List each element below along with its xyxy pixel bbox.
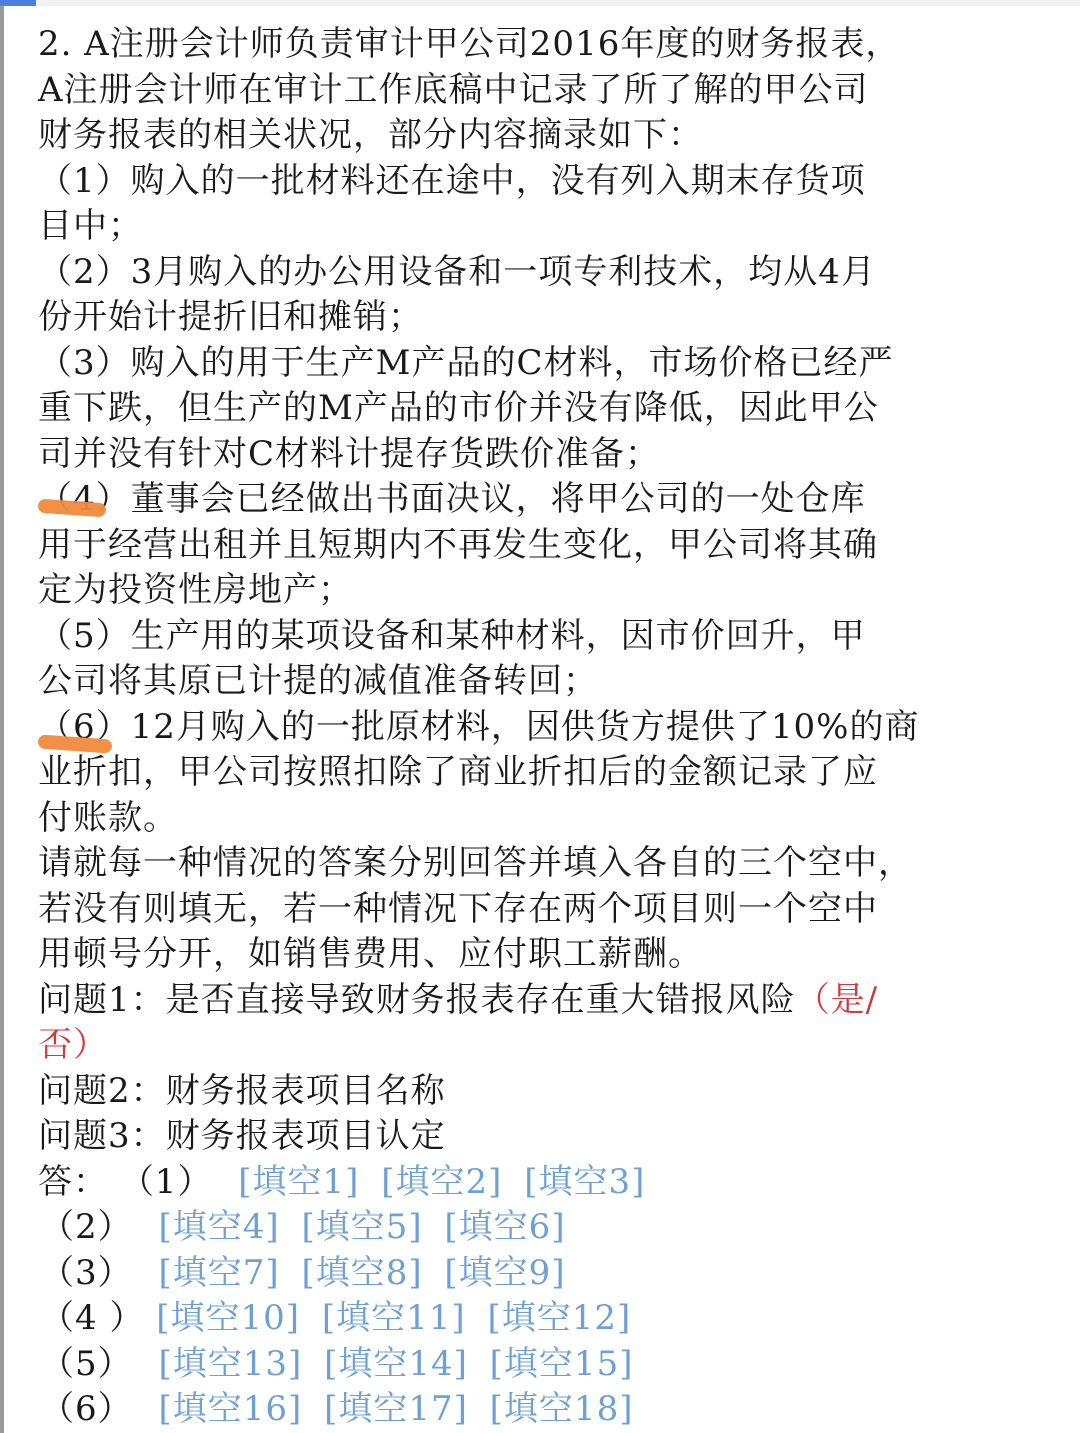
case-1-line: （1）购入的一批材料还在途中，没有列入期末存货项 <box>38 159 1058 205</box>
blank-17[interactable]: [填空17] <box>324 1389 468 1429</box>
question-content: 2. A注册会计师负责审计甲公司2016年度的财务报表， A注册会计师在审计工作… <box>38 22 1058 1433</box>
question-line: 财务报表的相关状况，部分内容摘录如下： <box>38 113 1058 159</box>
instruction-line: 请就每一种情况的答案分别回答并填入各自的三个空中， <box>38 841 1058 887</box>
answer-row-4: （4 ） [填空10] [填空11] [填空12] <box>38 1296 1058 1342</box>
answer-row-number: （1） <box>120 1162 213 1202</box>
blank-4[interactable]: [填空4] <box>158 1207 279 1247</box>
case-6-line: （6）12月购入的一批原材料，因供货方提供了10%的商 <box>38 705 1058 751</box>
blank-6[interactable]: [填空6] <box>444 1207 565 1247</box>
blank-3[interactable]: [填空3] <box>524 1162 645 1202</box>
blank-11[interactable]: [填空11] <box>322 1298 466 1338</box>
blank-14[interactable]: [填空14] <box>324 1344 468 1384</box>
active-tab-indicator <box>0 0 36 6</box>
case-6-line: 付账款。 <box>38 796 1058 842</box>
top-bar <box>0 0 1080 6</box>
instruction-line: 用顿号分开，如销售费用、应付职工薪酬。 <box>38 932 1058 978</box>
question-2: 问题2：财务报表项目名称 <box>38 1069 1058 1115</box>
blank-7[interactable]: [填空7] <box>158 1253 279 1293</box>
answer-row-number: （4 ） <box>40 1298 144 1338</box>
question-line: A注册会计师在审计工作底稿中记录了所了解的甲公司 <box>38 68 1058 114</box>
case-3-line: 重下跌，但生产的M产品的市价并没有降低，因此甲公 <box>38 386 1058 432</box>
case-2-line: （2）3月购入的办公用设备和一项专利技术，均从4月 <box>38 250 1058 296</box>
blank-13[interactable]: [填空13] <box>158 1344 302 1384</box>
case-3-line: （3）购入的用于生产M产品的C材料，市场价格已经严 <box>38 341 1058 387</box>
answer-row-number: （6） <box>40 1389 133 1429</box>
question-1: 问题1：是否直接导致财务报表存在重大错报风险（是/ <box>38 978 1058 1024</box>
case-5-line: 公司将其原已计提的减值准备转回； <box>38 659 1058 705</box>
case-6-text: （6）12月购入的一批原材料，因供货方提供了10%的商 <box>38 707 919 747</box>
blank-9[interactable]: [填空9] <box>444 1253 565 1293</box>
answer-row-number: （2） <box>40 1207 133 1247</box>
blank-2[interactable]: [填空2] <box>381 1162 502 1202</box>
case-4-line: 用于经营出租并且短期内不再发生变化，甲公司将其确 <box>38 523 1058 569</box>
blank-1[interactable]: [填空1] <box>238 1162 359 1202</box>
blank-15[interactable]: [填空15] <box>490 1344 634 1384</box>
blank-8[interactable]: [填空8] <box>301 1253 422 1293</box>
answer-row-3: （3） [填空7] [填空8] [填空9] <box>38 1251 1058 1297</box>
answer-row-1: 答： （1） [填空1] [填空2] [填空3] <box>38 1160 1058 1206</box>
case-4-text: （4）董事会已经做出书面决议，将甲公司的一处仓库 <box>38 479 866 519</box>
left-border <box>0 6 4 1433</box>
case-2-line: 份开始计提折旧和摊销； <box>38 295 1058 341</box>
case-6-line: 业折扣，甲公司按照扣除了商业折扣后的金额记录了应 <box>38 750 1058 796</box>
answer-row-6: （6） [填空16] [填空17] [填空18] <box>38 1387 1058 1433</box>
blank-16[interactable]: [填空16] <box>158 1389 302 1429</box>
case-5-line: （5）生产用的某项设备和某种材料，因市价回升，甲 <box>38 614 1058 660</box>
answer-row-5: （5） [填空13] [填空14] [填空15] <box>38 1342 1058 1388</box>
blank-10[interactable]: [填空10] <box>156 1298 300 1338</box>
question-1-text: 问题1：是否直接导致财务报表存在重大错报风险 <box>38 980 796 1020</box>
question-3: 问题3：财务报表项目认定 <box>38 1114 1058 1160</box>
case-4-line: 定为投资性房地产； <box>38 568 1058 614</box>
blank-5[interactable]: [填空5] <box>301 1207 422 1247</box>
blank-18[interactable]: [填空18] <box>490 1389 634 1429</box>
question-1-options-cont: 否） <box>38 1025 108 1065</box>
question-1-cont: 否） <box>38 1023 1058 1069</box>
answer-label: 答： <box>38 1162 108 1202</box>
case-1-line: 目中； <box>38 204 1058 250</box>
answer-row-number: （5） <box>40 1344 133 1384</box>
instruction-line: 若没有则填无，若一种情况下存在两个项目则一个空中 <box>38 887 1058 933</box>
case-3-line: 司并没有针对C材料计提存货跌价准备； <box>38 432 1058 478</box>
case-4-line: （4）董事会已经做出书面决议，将甲公司的一处仓库 <box>38 477 1058 523</box>
answer-row-number: （3） <box>40 1253 133 1293</box>
question-line: 2. A注册会计师负责审计甲公司2016年度的财务报表， <box>38 22 1058 68</box>
blank-12[interactable]: [填空12] <box>487 1298 631 1338</box>
answer-row-2: （2） [填空4] [填空5] [填空6] <box>38 1205 1058 1251</box>
question-1-options: （是/ <box>796 980 878 1020</box>
